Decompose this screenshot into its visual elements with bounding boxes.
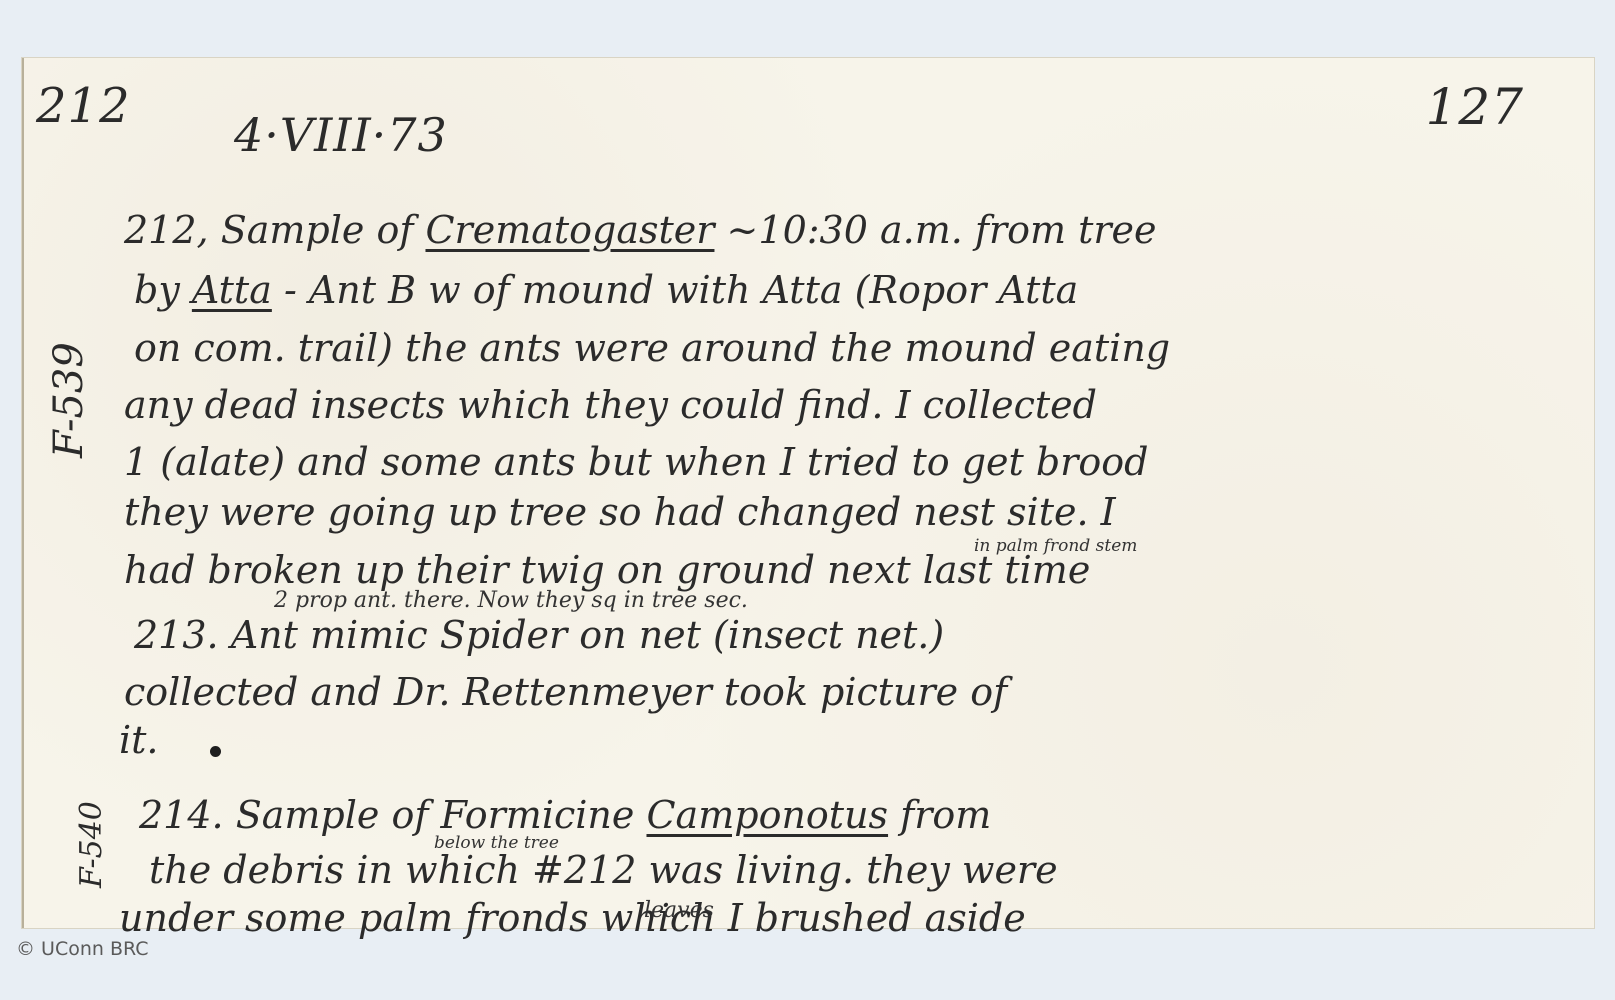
note-line-9: collected and Dr. Rettenmeyer took pictu… xyxy=(124,670,1007,714)
genus-name: Atta xyxy=(192,268,272,312)
note-line-2: by Atta - Ant B w of mound with Atta (Ro… xyxy=(134,268,1078,312)
note-line-6: they were going up tree so had changed n… xyxy=(124,490,1116,534)
note-line-7: had broken up their twig on ground next … xyxy=(124,548,1090,592)
interlinear-insert: leaves xyxy=(644,898,714,923)
page-number: 127 xyxy=(1426,78,1524,136)
ink-dot xyxy=(210,746,221,757)
note-line-13: under some palm fronds which I brushed a… xyxy=(119,896,1026,940)
specimen-number: 212 xyxy=(36,78,131,134)
line-text: from xyxy=(888,793,991,837)
genus-name: Crematogaster xyxy=(425,208,714,252)
note-line-4: any dead insects which they could find. … xyxy=(124,383,1097,427)
date: 4·VIII·73 xyxy=(234,108,448,162)
note-line-3: on com. trail) the ants were around the … xyxy=(134,326,1170,370)
note-line-12: the debris in which #212 was living. the… xyxy=(149,848,1058,892)
margin-note-f539: F-539 xyxy=(46,342,92,458)
margin-note-f540: F-540 xyxy=(74,801,109,888)
note-line-8: 213. Ant mimic Spider on net (insect net… xyxy=(134,613,944,657)
line-text: 214. Sample of Formicine xyxy=(139,793,646,837)
line-text: by xyxy=(134,268,192,312)
note-line-1: 212, Sample of Crematogaster ~10:30 a.m.… xyxy=(124,208,1157,252)
line-text: 212, Sample of xyxy=(124,208,425,252)
line-text: - Ant B w of mound with Atta (Ropor Atta xyxy=(272,268,1078,312)
copyright-notice: © UConn BRC xyxy=(16,938,149,960)
field-note-card: 212 4·VIII·73 127 F-539 F-540 212, Sampl… xyxy=(22,58,1594,928)
note-line-5: 1 (alate) and some ants but when I tried… xyxy=(124,440,1148,484)
genus-name: Camponotus xyxy=(646,793,888,837)
interlinear-insert: 2 prop ant. there. Now they sq in tree s… xyxy=(274,588,748,613)
note-line-11: 214. Sample of Formicine Camponotus from xyxy=(139,793,991,837)
line-text: ~10:30 a.m. from tree xyxy=(714,208,1156,252)
note-line-10: it. xyxy=(119,718,159,762)
